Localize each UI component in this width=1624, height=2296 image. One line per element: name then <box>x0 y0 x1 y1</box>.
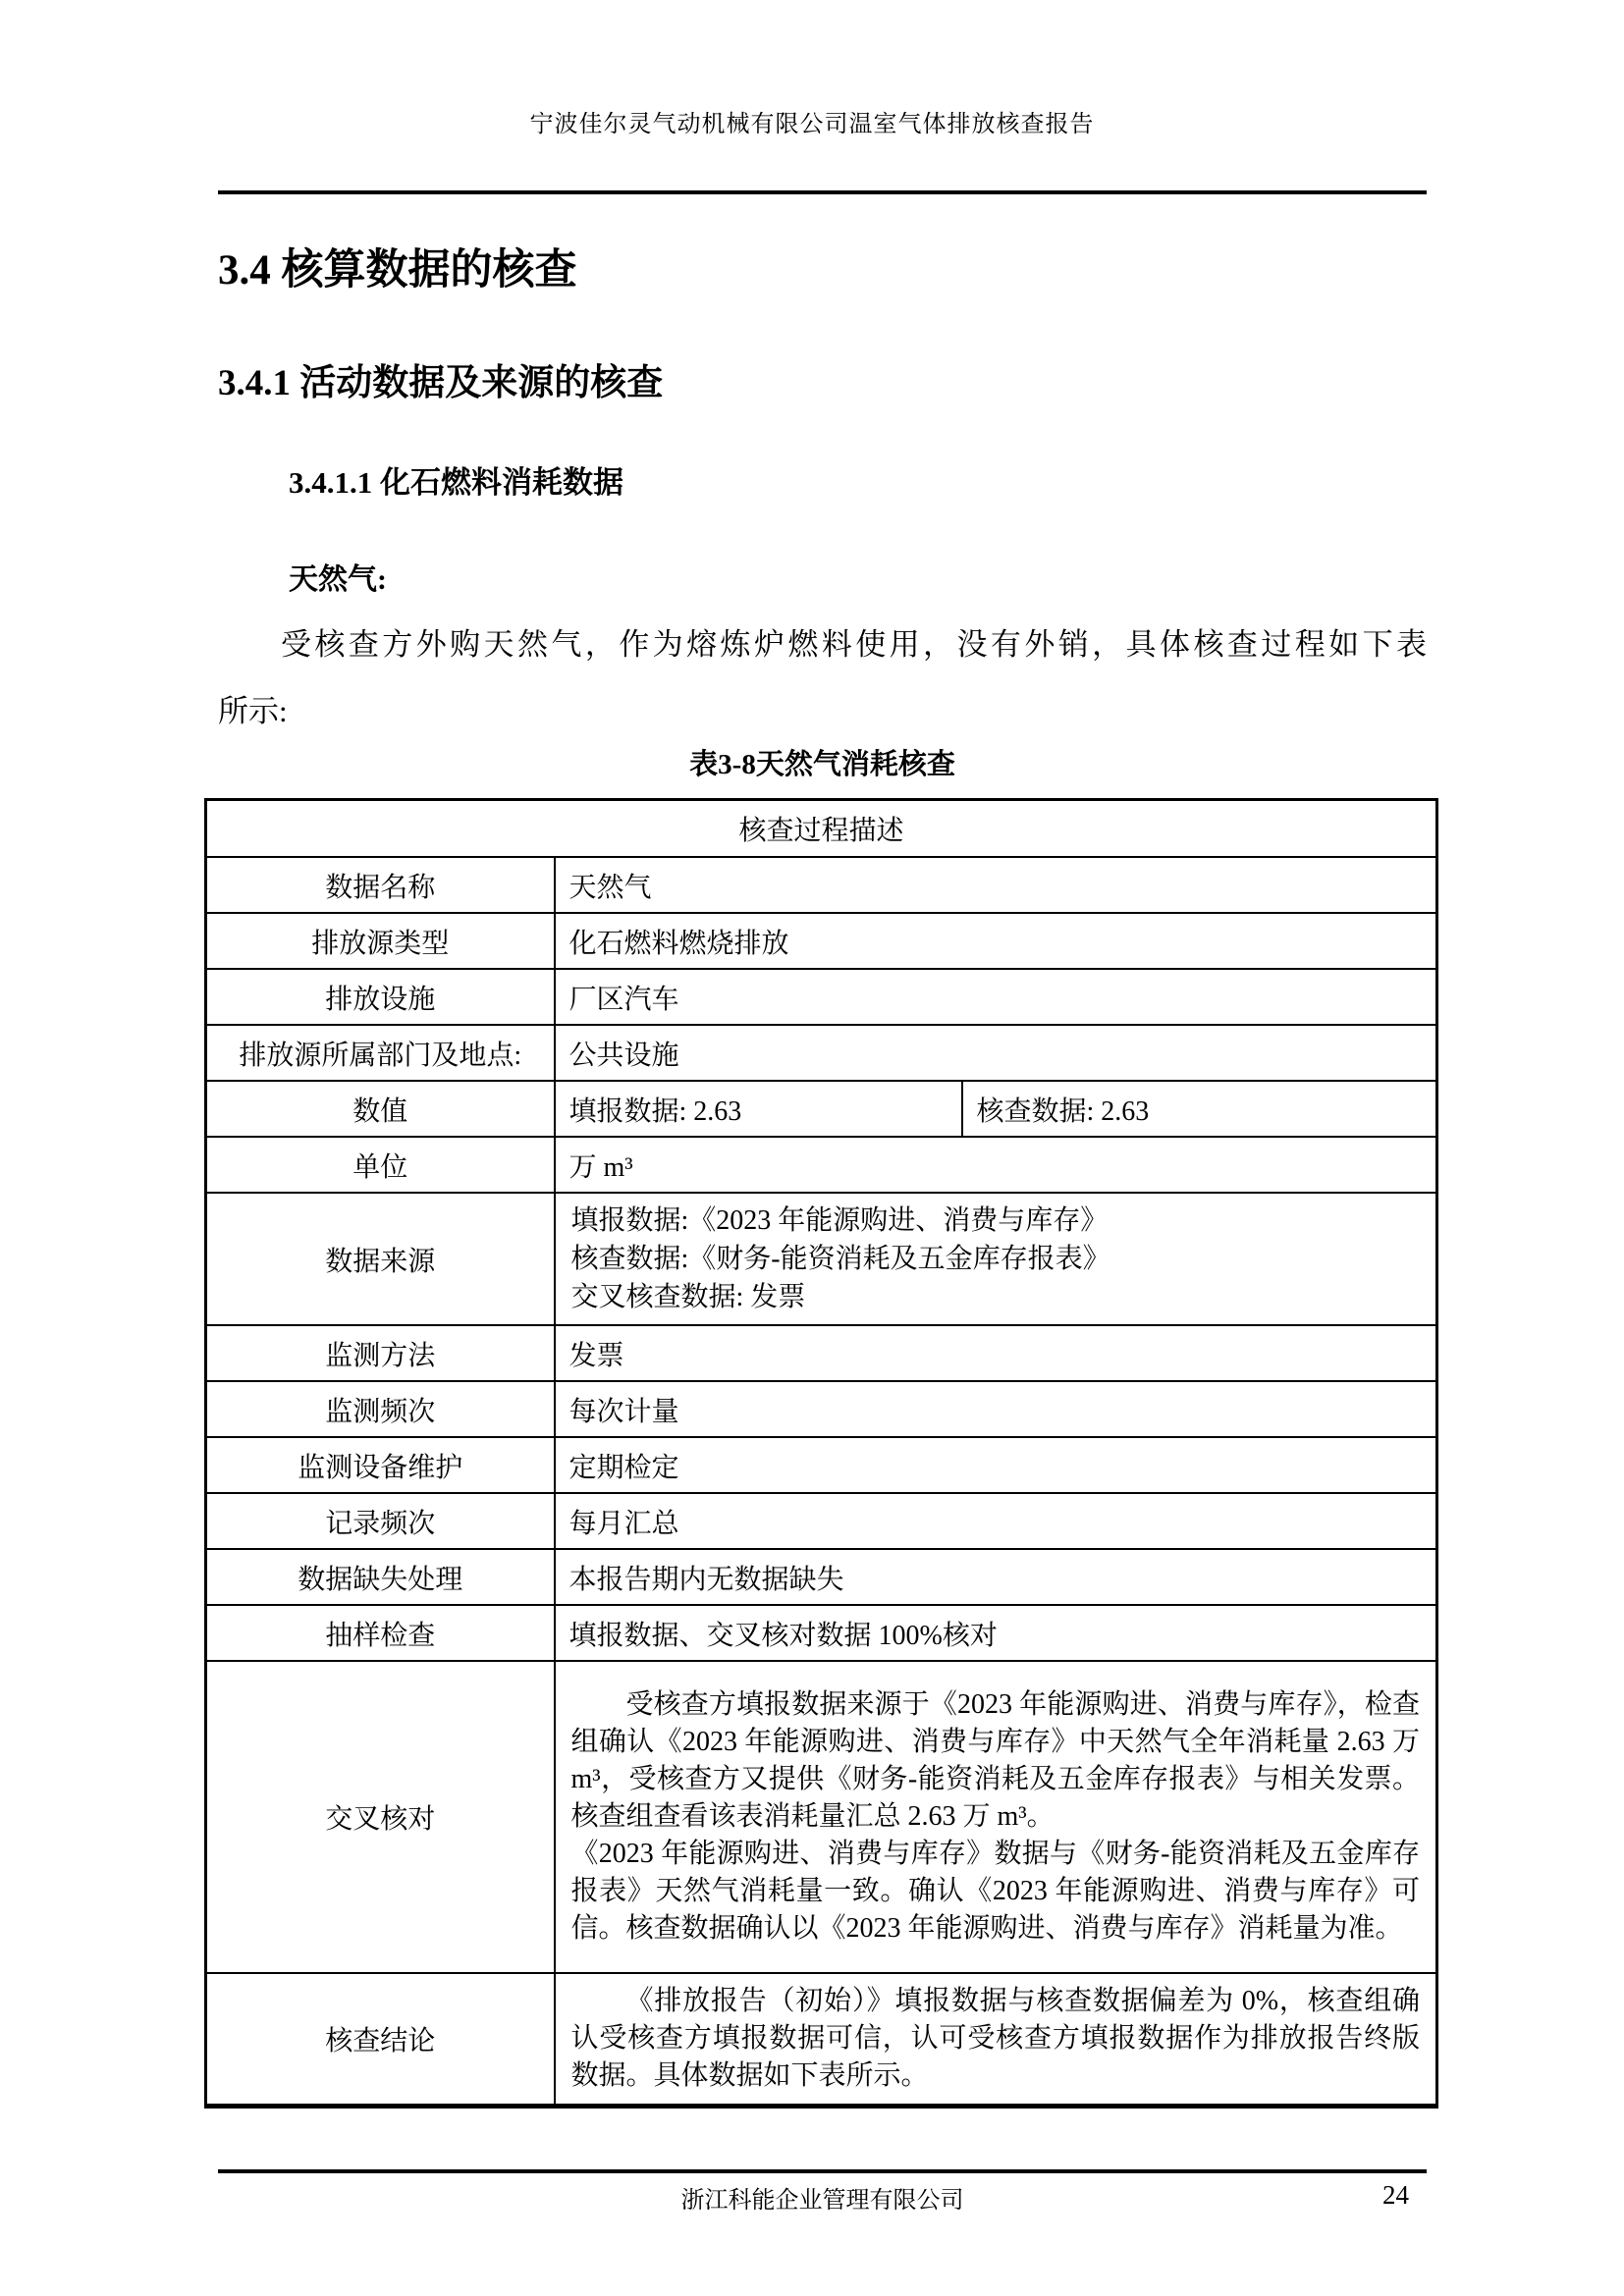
row-label: 数据来源 <box>206 1193 555 1325</box>
table-row: 监测设备维护 定期检定 <box>206 1437 1437 1493</box>
row-value: 每次计量 <box>555 1381 1437 1437</box>
row-label: 单位 <box>206 1137 555 1193</box>
table-header-row: 核查过程描述 <box>206 800 1437 858</box>
source-line: 核查数据:《财务-能资消耗及五金库存报表》 <box>571 1240 1421 1278</box>
cross-check-paragraph: 受核查方填报数据来源于《2023 年能源购进、消费与库存》，检查组确认《2023… <box>571 1686 1421 1836</box>
row-label: 监测设备维护 <box>206 1437 555 1493</box>
row-value: 公共设施 <box>555 1025 1437 1081</box>
subject-label: 天然气: <box>289 562 1427 598</box>
table-row: 排放源所属部门及地点: 公共设施 <box>206 1025 1437 1081</box>
table-row: 数据来源 填报数据:《2023 年能源购进、消费与库存》 核查数据:《财务-能资… <box>206 1193 1437 1325</box>
cross-check-paragraph: 《2023 年能源购进、消费与库存》数据与《财务-能资消耗及五金库存报表》天然气… <box>571 1836 1421 1948</box>
section-heading: 3.4 核算数据的核查 <box>218 246 1427 295</box>
table-row: 监测频次 每次计量 <box>206 1381 1437 1437</box>
row-label: 监测方法 <box>206 1325 555 1381</box>
table-row: 抽样检查 填报数据、交叉核对数据 100%核对 <box>206 1605 1437 1661</box>
table-row: 监测方法 发票 <box>206 1325 1437 1381</box>
row-value: 发票 <box>555 1325 1437 1381</box>
paragraph-line: 受核查方外购天然气，作为熔炼炉燃料使用，没有外销，具体核查过程如下表 <box>218 612 1427 678</box>
table-row: 记录频次 每月汇总 <box>206 1493 1437 1549</box>
row-label: 数据名称 <box>206 857 555 913</box>
table-row: 排放设施 厂区汽车 <box>206 969 1437 1025</box>
table-caption: 表3-8天然气消耗核查 <box>218 747 1427 782</box>
footer-company: 浙江科能企业管理有限公司 <box>681 2188 964 2214</box>
page-footer: 浙江科能企业管理有限公司 24 <box>218 2185 1427 2216</box>
row-value: 填报数据:《2023 年能源购进、消费与库存》 核查数据:《财务-能资消耗及五金… <box>555 1193 1437 1325</box>
table-header-cell: 核查过程描述 <box>206 800 1437 858</box>
row-value: 定期检定 <box>555 1437 1437 1493</box>
row-value: 厂区汽车 <box>555 969 1437 1025</box>
document-page: 宁波佳尔灵气动机械有限公司温室气体排放核查报告 3.4 核算数据的核查 3.4.… <box>0 0 1624 2296</box>
running-header-title: 宁波佳尔灵气动机械有限公司温室气体排放核查报告 <box>0 0 1624 139</box>
row-value: 本报告期内无数据缺失 <box>555 1549 1437 1605</box>
row-value: 化石燃料燃烧排放 <box>555 913 1437 969</box>
page-number: 24 <box>1382 2179 1409 2211</box>
row-label: 排放源所属部门及地点: <box>206 1025 555 1081</box>
subsection-heading: 3.4.1 活动数据及来源的核查 <box>218 362 1427 405</box>
row-value-reported: 填报数据: 2.63 <box>555 1081 962 1137</box>
conclusion-paragraph: 《排放报告（初始）》填报数据与核查数据偏差为 0%，核查组确认受核查方填报数据可… <box>571 1983 1421 2095</box>
row-value: 《排放报告（初始）》填报数据与核查数据偏差为 0%，核查组确认受核查方填报数据可… <box>555 1973 1437 2107</box>
footer-divider <box>218 2169 1427 2173</box>
source-line: 填报数据:《2023 年能源购进、消费与库存》 <box>571 1201 1421 1240</box>
row-value: 每月汇总 <box>555 1493 1437 1549</box>
row-value: 万 m³ <box>555 1137 1437 1193</box>
row-label: 排放源类型 <box>206 913 555 969</box>
source-line: 交叉核查数据: 发票 <box>571 1278 1421 1316</box>
row-value: 受核查方填报数据来源于《2023 年能源购进、消费与库存》，检查组确认《2023… <box>555 1661 1437 1973</box>
row-label: 核查结论 <box>206 1973 555 2107</box>
row-label: 数据缺失处理 <box>206 1549 555 1605</box>
row-label: 记录频次 <box>206 1493 555 1549</box>
row-label: 数值 <box>206 1081 555 1137</box>
header-divider <box>218 190 1427 194</box>
row-label: 监测频次 <box>206 1381 555 1437</box>
table-row: 排放源类型 化石燃料燃烧排放 <box>206 913 1437 969</box>
table-row: 单位 万 m³ <box>206 1137 1437 1193</box>
row-value-verified: 核查数据: 2.63 <box>962 1081 1437 1137</box>
row-label: 抽样检查 <box>206 1605 555 1661</box>
table-row: 数据缺失处理 本报告期内无数据缺失 <box>206 1549 1437 1605</box>
body-paragraph: 受核查方外购天然气，作为熔炼炉燃料使用，没有外销，具体核查过程如下表 所示: <box>218 612 1427 745</box>
table-row: 数据名称 天然气 <box>206 857 1437 913</box>
row-value: 填报数据、交叉核对数据 100%核对 <box>555 1605 1437 1661</box>
row-label: 排放设施 <box>206 969 555 1025</box>
table-row: 交叉核对 受核查方填报数据来源于《2023 年能源购进、消费与库存》，检查组确认… <box>206 1661 1437 1973</box>
table-row: 核查结论 《排放报告（初始）》填报数据与核查数据偏差为 0%，核查组确认受核查方… <box>206 1973 1437 2107</box>
subsubsection-heading: 3.4.1.1 化石燃料消耗数据 <box>289 464 1427 502</box>
verification-table: 核查过程描述 数据名称 天然气 排放源类型 化石燃料燃烧排放 排放设施 厂区汽车… <box>204 798 1438 2109</box>
table-row: 数值 填报数据: 2.63 核查数据: 2.63 <box>206 1081 1437 1137</box>
row-label: 交叉核对 <box>206 1661 555 1973</box>
row-value: 天然气 <box>555 857 1437 913</box>
paragraph-line: 所示: <box>218 678 1427 745</box>
